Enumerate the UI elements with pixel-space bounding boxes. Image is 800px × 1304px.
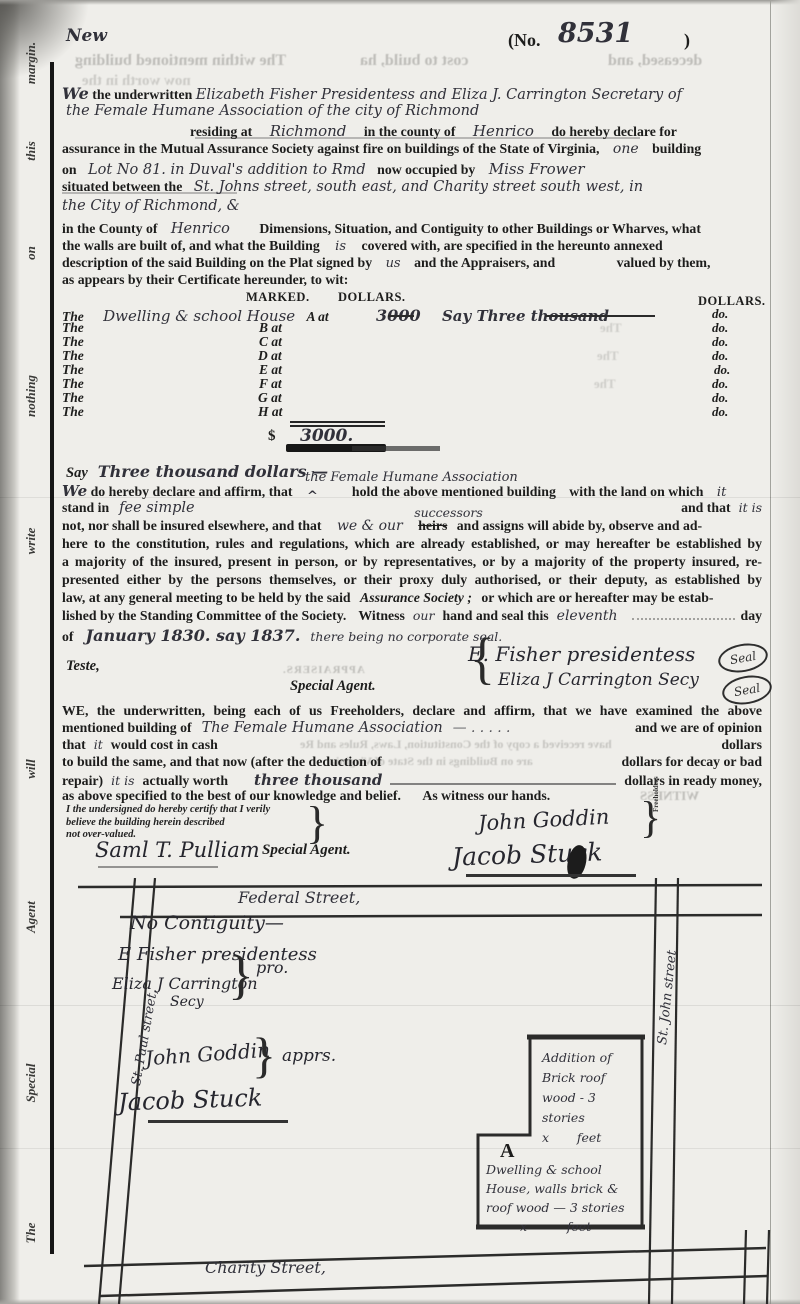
- scan-artifact-line: [0, 1148, 800, 1149]
- affirm-line-8: lished by the Standing Committee of the …: [62, 608, 762, 624]
- stuck-underline: [466, 874, 636, 877]
- tenure-value: fee simple: [119, 500, 194, 516]
- certify-note-line: believe the building herein described: [66, 817, 316, 830]
- printed-text: to build the same, and that now (after t…: [62, 754, 382, 770]
- appraisal-line-1: WE, the underwritten, being each of us F…: [62, 703, 762, 719]
- certify-brace: }: [306, 800, 328, 846]
- special-agent-label-1: Special Agent.: [290, 678, 376, 695]
- printed-text: do hereby declare for: [551, 124, 677, 139]
- printed-text: Dimensions, Situation, and Contiguity to…: [259, 221, 701, 236]
- building-count: one: [613, 141, 639, 157]
- scan-artifact-line: [0, 1005, 800, 1006]
- description-line-1: in the County of Henrico Dimensions, Sit…: [62, 221, 768, 237]
- bleed-the: The: [597, 348, 619, 364]
- printed-text: covered with, are specified in the hereu…: [361, 238, 662, 253]
- seal-text: Seal: [733, 681, 761, 699]
- printed-text: not, nor shall be insured elsewhere, and…: [62, 518, 322, 533]
- printed-text: and the Appraisers, and: [414, 255, 555, 270]
- margin-word-margin: margin.: [23, 32, 39, 94]
- declaration-line-2: the Female Humane Association of the cit…: [66, 103, 479, 119]
- row-letter: A at: [307, 309, 329, 324]
- dwelling-line: Dwelling & school: [486, 1160, 638, 1179]
- we-our-words: we & our: [337, 518, 403, 534]
- column-header-dollars: DOLLARS.: [338, 290, 406, 305]
- our-word: our: [413, 608, 435, 623]
- day-value: eleventh: [557, 608, 618, 624]
- heirs-struck: heirs: [418, 518, 447, 533]
- margin-word-on: on: [23, 222, 39, 284]
- dwelling-line: x feet: [486, 1217, 638, 1236]
- row-dash: [545, 315, 655, 317]
- heirs-correction: successors heirs: [418, 518, 447, 534]
- affirm-line-5: a majority of the insured, present in pe…: [62, 554, 762, 570]
- society-name: Assurance Society ;: [360, 590, 472, 605]
- printed-text: valued by them,: [617, 255, 711, 270]
- policy-number-prefix: (No.: [508, 30, 541, 51]
- printed-text: and assigns will abide by, observe and a…: [457, 518, 702, 533]
- sum-ink-bar2: [352, 446, 440, 451]
- bleed-text: deceased, and: [608, 52, 702, 70]
- printed-text: actually worth: [143, 773, 228, 789]
- dwelling-box-label: Dwelling & school House, walls brick & r…: [486, 1160, 638, 1236]
- occupant-name: Miss Frower: [489, 160, 585, 178]
- it-word: it: [94, 737, 103, 752]
- sum-dollar-sign: $: [268, 428, 276, 445]
- appraisal-line-2: mentioned building of The Female Humane …: [62, 720, 762, 736]
- printed-text: on: [62, 162, 77, 177]
- printed-text: mentioned building of: [62, 720, 192, 736]
- margin-word-will: will: [23, 738, 39, 800]
- bleed-the: The: [594, 376, 616, 392]
- printed-text: law, at any general meeting to be held b…: [62, 590, 351, 605]
- affirm-line-3: not, nor shall be insured elsewhere, and…: [62, 518, 768, 534]
- us-word: us: [386, 256, 401, 271]
- table-row: The: [62, 404, 84, 420]
- printed-text: the underwritten: [92, 87, 192, 102]
- sum-rule-top: [290, 421, 385, 423]
- addition-line: Brick roof: [542, 1068, 638, 1088]
- policy-number-suffix: ): [684, 30, 690, 51]
- carrington-signature: Eliza J Carrington Secy: [498, 670, 699, 690]
- declaration-line-6: situated between the St. Johns street, s…: [62, 179, 643, 195]
- pro-label: pro.: [256, 958, 288, 977]
- successors-insertion: successors: [414, 505, 483, 520]
- federal-street-label: Federal Street,: [238, 888, 360, 907]
- declaration-line-5: on Lot No 81. in Duval's addition to Rmd…: [62, 160, 585, 178]
- printed-text: and we are of opinion: [635, 720, 762, 736]
- bleed-text: The within mentioned building: [75, 52, 286, 70]
- stuck-plat-underline: [148, 1120, 288, 1123]
- seal-1: Seal: [716, 640, 770, 676]
- table-row: The Dwelling & school House A at 3000 Sa…: [62, 306, 768, 325]
- description-line-4: as appears by their Certificate hereunde…: [62, 272, 348, 288]
- say-amount: Three thousand dollars —: [98, 462, 328, 481]
- association-name: The Female Humane Association: [202, 720, 443, 736]
- printed-text: in the county of: [364, 124, 456, 139]
- declaration-line-3: residing at Richmond in the county of He…: [190, 122, 677, 140]
- printed-text: dollars in ready money,: [624, 773, 762, 789]
- printed-text: that: [62, 737, 86, 753]
- special-agent-label-2: Special Agent.: [262, 842, 351, 859]
- freeholders-label: Freeholders: [652, 776, 660, 812]
- addition-line: Addition of: [542, 1048, 638, 1068]
- county-value-2: Henrico: [171, 221, 230, 237]
- bleed-the: The: [600, 320, 622, 336]
- addition-box-label: Addition of Brick roof wood - 3 stories …: [542, 1048, 638, 1148]
- pulliam-signature: Saml T. Pulliam: [95, 838, 260, 862]
- printed-text: assurance in the Mutual Assurance Societ…: [62, 141, 599, 156]
- column-header-marked: MARKED.: [246, 290, 310, 305]
- printed-text: or which are or hereafter may be estab-: [481, 590, 713, 605]
- printed-text: in the County of: [62, 221, 157, 236]
- it-is-words: it is: [111, 773, 134, 788]
- margin-word-nothing: nothing: [23, 365, 39, 427]
- declaration-line-7: the City of Richmond, &: [62, 198, 240, 214]
- dwelling-line: roof wood — 3 stories: [486, 1198, 638, 1217]
- printed-text: dollars: [721, 737, 762, 753]
- top-edge-shadow: [0, 0, 800, 5]
- certify-note: I the undersigned do hereby certify that…: [66, 804, 316, 842]
- printed-text: building: [652, 141, 701, 156]
- sum-value: 3000.: [300, 426, 353, 446]
- stuck-plat-signature: Jacob Stuck: [118, 1083, 263, 1116]
- handwritten-names: Elizabeth Fisher Presidentess and Eliza …: [196, 87, 682, 103]
- affirm-line-2: stand in fee simple and that it is: [62, 500, 762, 516]
- new-label: New: [66, 26, 107, 46]
- lot-description: Lot No 81. in Duval's addition to Rmd: [88, 162, 366, 178]
- is-word: is: [335, 239, 346, 254]
- appraisal-line-4: to build the same, and that now (after t…: [62, 754, 762, 770]
- dash-filler: — . . . . .: [453, 720, 511, 736]
- plat-brace-2: }: [252, 1030, 276, 1080]
- affirm-line-7: law, at any general meeting to be held b…: [62, 590, 768, 606]
- affirm-date-line: of January 1830. say 1837. there being n…: [62, 626, 502, 646]
- printed-text: now occupied by: [377, 162, 475, 177]
- printed-text: repair): [62, 773, 103, 789]
- apprs-label: apprs.: [282, 1046, 336, 1066]
- fisher-signature: E. Fisher presidentess: [468, 642, 695, 666]
- worth-amount: three thousand: [254, 771, 382, 789]
- printed-text: dollars for decay or bad: [621, 754, 762, 770]
- date-value: January 1830. say 1837.: [86, 626, 301, 645]
- appraisal-line-3: that it would cost in cash dollars: [62, 737, 762, 753]
- printed-text: lished by the Standing Committee of the …: [62, 608, 346, 624]
- say-line: Say Three thousand dollars —: [66, 462, 328, 482]
- bleed-text: cost to build, ha: [360, 52, 468, 70]
- policy-number-value: 8531: [558, 18, 633, 49]
- printed-text: day: [741, 608, 762, 624]
- seal-text: Seal: [729, 649, 757, 667]
- row-dash: [388, 315, 414, 317]
- situated-streets: St. Johns street, south east, and Charit…: [194, 179, 643, 195]
- printed-text: as above specified to the best of our kn…: [62, 788, 401, 803]
- printed-text: situated between the: [62, 179, 182, 194]
- charity-street-label: Charity Street,: [205, 1258, 326, 1277]
- description-line-3: description of the said Building on the …: [62, 255, 768, 271]
- row-do: do.: [712, 404, 728, 420]
- plat-brace-1: }: [228, 948, 254, 1002]
- teste-label: Teste,: [66, 658, 100, 675]
- printed-text: of: [62, 629, 74, 644]
- dwelling-line: House, walls brick &: [486, 1179, 638, 1198]
- printed-text: stand in: [62, 500, 109, 516]
- certify-note-line: I the undersigned do hereby certify that…: [66, 804, 316, 817]
- declaration-line-4: assurance in the Mutual Assurance Societ…: [62, 141, 768, 157]
- description-line-2: the walls are built of, and what the Bui…: [62, 238, 768, 254]
- secy-label: Secy: [170, 994, 204, 1010]
- printed-text: and that: [681, 500, 730, 516]
- witness-word: Witness: [358, 608, 405, 624]
- scan-artifact-line: [0, 497, 800, 498]
- page-crease: [770, 0, 771, 1304]
- printed-text: description of the said Building on the …: [62, 255, 372, 270]
- it-is-words: it is: [739, 500, 762, 515]
- affirm-line-4: here to the constitution, rules and regu…: [62, 536, 762, 552]
- printed-text: residing at: [190, 124, 252, 139]
- printed-text: the walls are built of, and what the Bui…: [62, 238, 320, 253]
- say-label: Say: [66, 465, 88, 481]
- goddin-signature: John Goddin: [477, 805, 609, 836]
- bleed-appraisers: APPRAISERS.: [282, 664, 365, 676]
- margin-word-write: write: [23, 510, 39, 572]
- affirm-line-6: presented either by the persons themselv…: [62, 572, 762, 588]
- declaration-line-1: We the underwritten Elizabeth Fisher Pre…: [62, 84, 768, 103]
- addition-line: wood - 3 stories: [542, 1088, 638, 1128]
- addition-line: x feet: [542, 1128, 638, 1148]
- no-contiguity-note: No Contiguity—: [130, 912, 284, 934]
- printed-text: would cost in cash: [111, 737, 218, 753]
- pulliam-underline: [98, 866, 218, 868]
- we-word: We: [62, 84, 89, 103]
- insurance-policy-document: margin. this on nothing write will Agent…: [0, 0, 800, 1304]
- printed-text: hand and seal this: [442, 608, 548, 624]
- printed-text: As witness our hands.: [422, 788, 550, 803]
- residing-place: Richmond: [270, 122, 347, 140]
- county-value: Henrico: [473, 122, 534, 140]
- margin-word-this: this: [23, 120, 39, 182]
- row-letter: H at: [258, 404, 282, 420]
